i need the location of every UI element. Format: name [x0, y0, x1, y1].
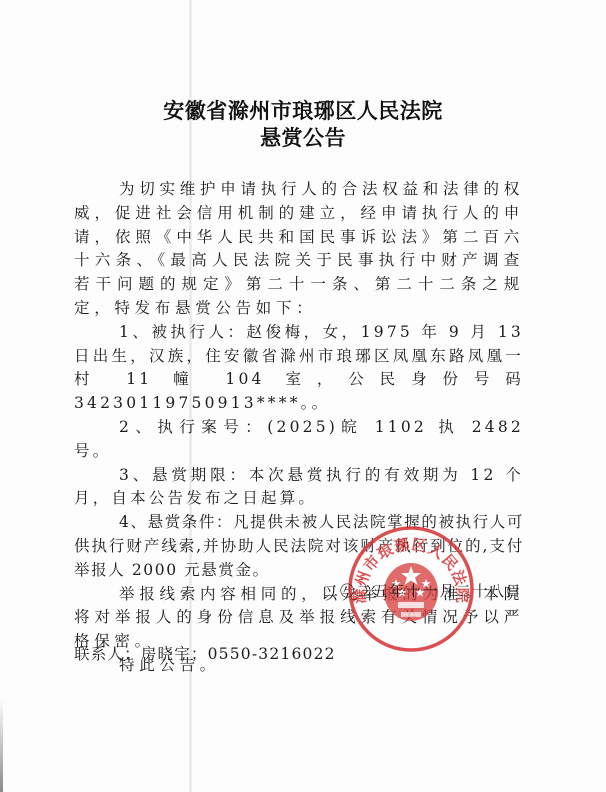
- item-1-respondent: 1、被执行人：赵俊梅，女，1975 年 9 月 13 日出生，汉族，住安徽省滁州…: [74, 321, 524, 416]
- notice-title: 悬赏公告: [0, 125, 606, 151]
- issue-date: 二〇二五年十一月二十八日: [323, 580, 522, 601]
- item-2-case-number: 2、执行案号：(2025)皖 1102 执 2482 号。: [74, 416, 524, 464]
- scan-artifact-edge: [0, 700, 3, 792]
- scanned-page: 安徽省滁州市琅琊区人民法院 悬赏公告 为切实维护申请执行人的合法权益和法律的权威…: [0, 0, 606, 792]
- item-3-reward-period: 3、悬赏期限：本次悬赏执行的有效期为 12 个月，自本公告发布之日起算。: [74, 464, 524, 512]
- court-name-title: 安徽省滁州市琅琊区人民法院: [0, 98, 606, 124]
- intro-paragraph: 为切实维护申请执行人的合法权益和法律的权威，促进社会信用机制的建立，经申请执行人…: [74, 178, 524, 321]
- contact-info: 联系人：房晓宇；0550-3216022: [74, 642, 336, 664]
